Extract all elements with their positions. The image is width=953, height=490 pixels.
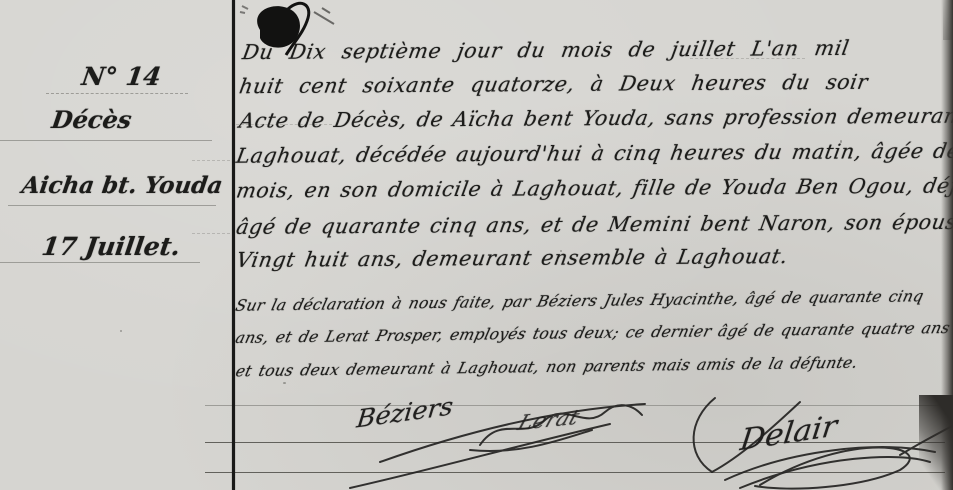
act-line: Acte de Décès, de Aïcha bent Youda, sans… (238, 103, 953, 132)
paper-speck (283, 382, 286, 384)
act-line: Laghouat, décédée aujourd'hui à cinq heu… (234, 138, 953, 167)
ruled-line (8, 205, 216, 206)
act-line: Vingt huit ans, demeurant ensemble à Lag… (235, 244, 790, 272)
act-line: huit cent soixante quatorze, à Deux heur… (238, 70, 870, 98)
ruled-line (46, 93, 188, 94)
paper-speck (120, 330, 122, 332)
act-line: âgé de quarante cinq ans, et de Memini b… (234, 209, 953, 239)
act-date: 17 Juillet. (40, 232, 182, 261)
ruled-line (0, 262, 200, 263)
paper-speck (560, 250, 562, 252)
ruled-line (0, 140, 212, 141)
column-separator-line (232, 0, 235, 490)
act-type-label: Décès (50, 105, 134, 134)
deceased-name: Aicha bt. Youda (20, 172, 224, 199)
paper-speck (840, 140, 842, 143)
scan-edge-top (943, 0, 953, 40)
act-line: Du Dix septième jour du mois de juillet … (241, 36, 852, 64)
act-line: ans, et de Lerat Prosper, employés tous … (234, 319, 952, 347)
scan-edge-corner (919, 395, 953, 490)
act-line: mois, en son domicile à Laghouat, fille … (235, 173, 953, 202)
act-line: Sur la déclaration à nous faite, par Béz… (234, 287, 926, 315)
death-record-page: N° 14 Décès Aicha bt. Youda 17 Juillet. … (0, 0, 953, 490)
act-number: N° 14 (80, 62, 163, 91)
act-line: et tous deux demeurant à Laghouat, non p… (234, 354, 860, 381)
